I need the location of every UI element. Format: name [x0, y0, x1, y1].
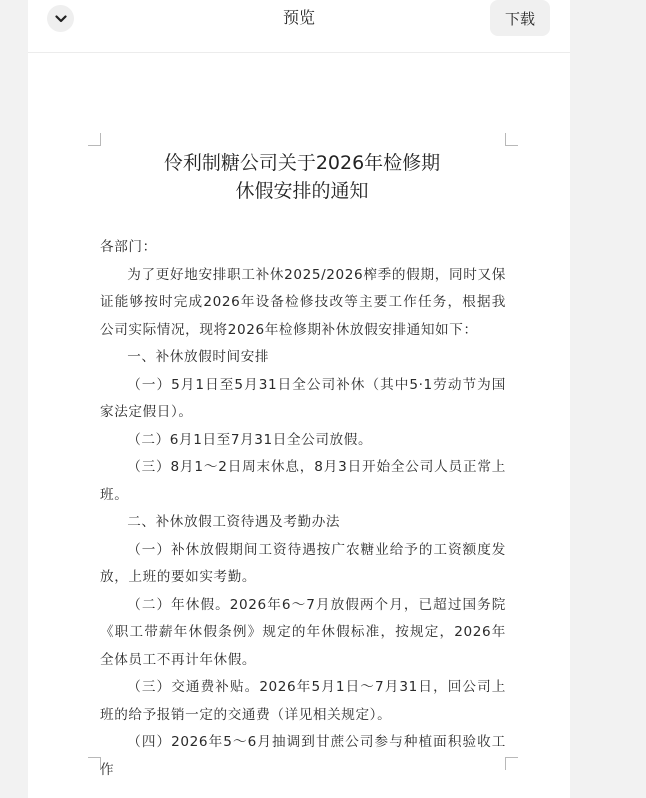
- margin-corner-mark: [505, 133, 518, 146]
- section-heading-1: 一、补休放假时间安排: [100, 344, 506, 372]
- download-button[interactable]: 下载: [490, 0, 550, 36]
- paragraph-2-2: （二）年休假。2026年6～7月放假两个月，已超过国务院《职工带薪年休假条例》规…: [100, 592, 506, 675]
- document-title: 伶利制糖公司关于2026年检修期 休假安排的通知: [100, 149, 504, 205]
- salutation: 各部门：: [100, 234, 506, 262]
- paragraph-2-1: （一）补休放假期间工资待遇按广农糖业给予的工资额度发放，上班的要如实考勤。: [100, 537, 506, 592]
- paragraph-2-4: （四）2026年5～6月抽调到甘蔗公司参与种植面积验收工作: [100, 729, 506, 784]
- preview-header: 预览 下载: [28, 0, 570, 53]
- document-page: 伶利制糖公司关于2026年检修期 休假安排的通知 各部门： 为了更好地安排职工补…: [28, 53, 570, 798]
- paragraph-2-3: （三）交通费补贴。2026年5月1日～7月31日，回公司上班的给予报销一定的交通…: [100, 674, 506, 729]
- preview-panel: 预览 下载 伶利制糖公司关于2026年检修期 休假安排的通知 各部门： 为了更好…: [28, 0, 570, 798]
- intro-paragraph: 为了更好地安排职工补休2025/2026榨季的假期，同时又保证能够按时完成202…: [100, 262, 506, 345]
- document-title-line-1: 伶利制糖公司关于2026年检修期: [100, 149, 504, 177]
- document-body: 各部门： 为了更好地安排职工补休2025/2026榨季的假期，同时又保证能够按时…: [100, 234, 506, 784]
- document-title-line-2: 休假安排的通知: [100, 177, 504, 205]
- paragraph-1-2: （二）6月1日至7月31日全公司放假。: [100, 427, 506, 455]
- paragraph-1-3: （三）8月1～2日周末休息，8月3日开始全公司人员正常上班。: [100, 454, 506, 509]
- preview-title: 预览: [28, 7, 570, 29]
- margin-corner-mark: [88, 133, 101, 146]
- margin-corner-mark: [505, 757, 518, 770]
- paragraph-1-1: （一）5月1日至5月31日全公司补休（其中5·1劳动节为国家法定假日）。: [100, 372, 506, 427]
- section-heading-2: 二、补休放假工资待遇及考勤办法: [100, 509, 506, 537]
